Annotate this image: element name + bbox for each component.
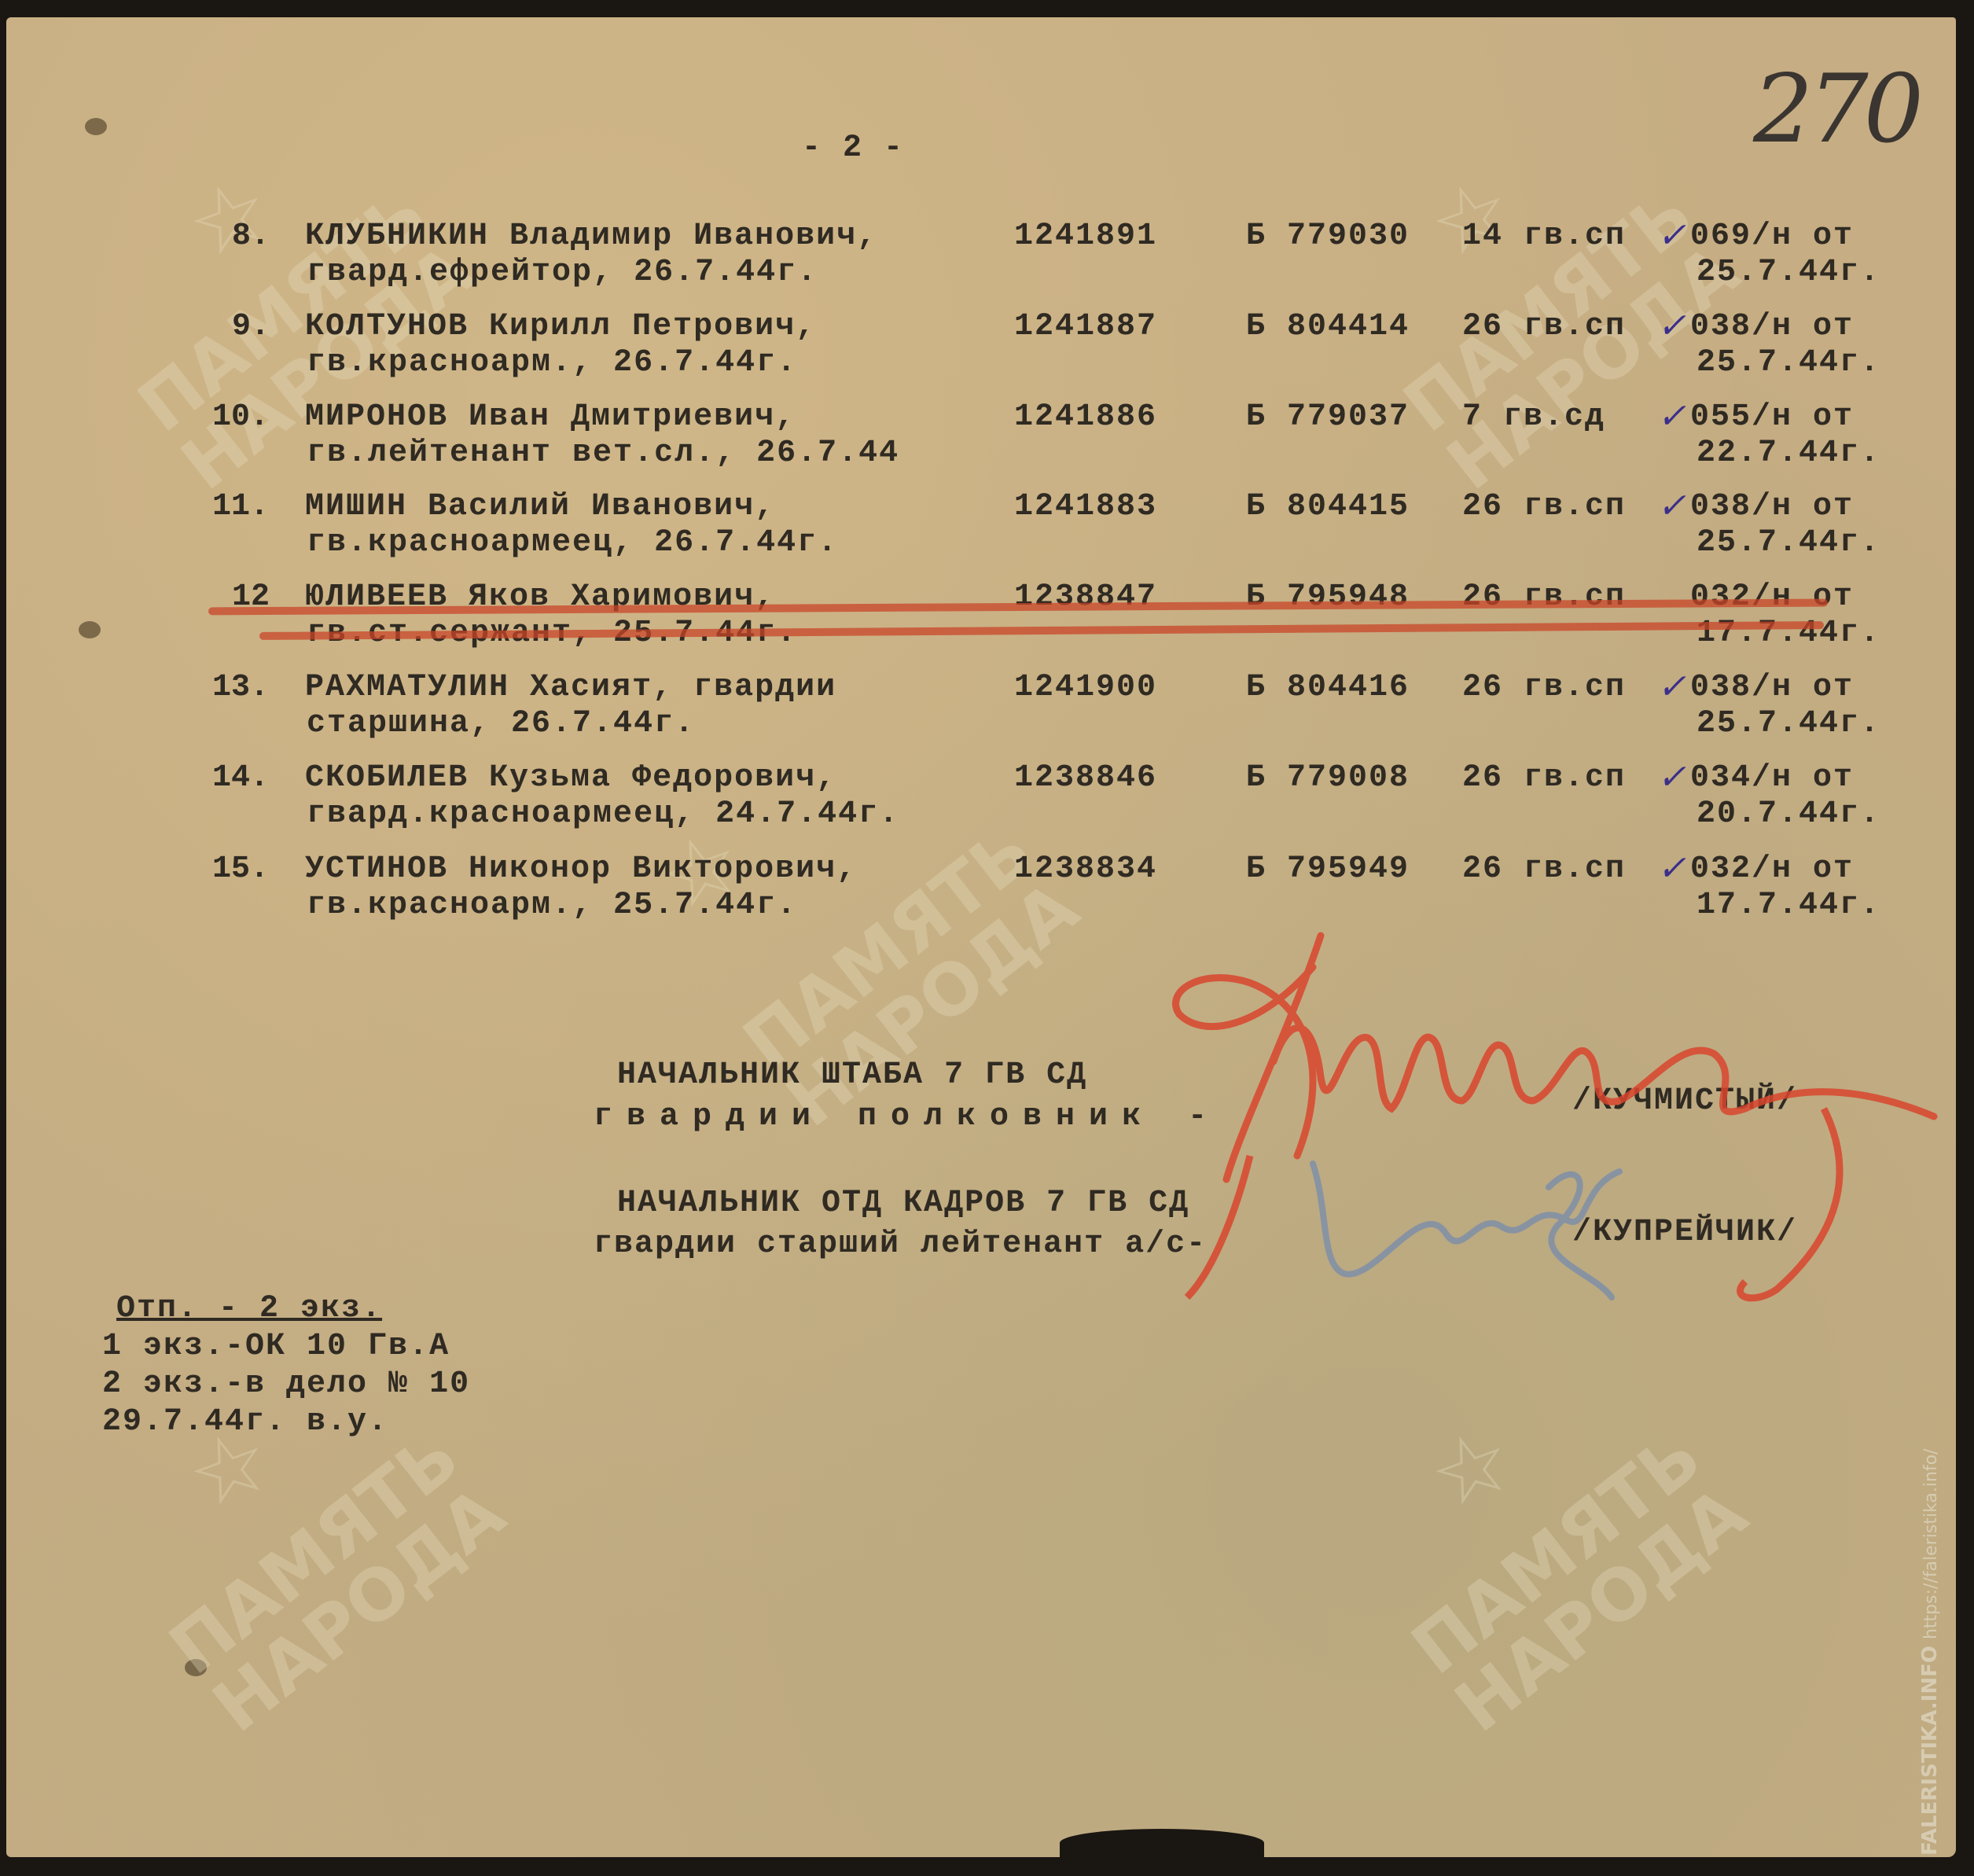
site-watermark: FALERISTIKA.INFOhttps://faleristika.info… <box>1918 1448 1942 1856</box>
handwritten-sheet-number: 270 <box>1753 55 1919 164</box>
order-date: 22.7.44г. <box>1696 436 1880 472</box>
personnel-chief-title: НАЧАЛЬНИК ОТД КАДРОВ 7 ГВ СД <box>617 1186 1189 1222</box>
order-number: 069/н от <box>1690 219 1854 255</box>
certificate-number: Б 804416 <box>1246 670 1410 706</box>
row-number: 10. <box>212 399 269 435</box>
unit: 26 гв.сп <box>1462 489 1626 525</box>
certificate-number: Б 779037 <box>1246 399 1410 436</box>
unit: 26 гв.сп <box>1462 309 1626 345</box>
person-name: СКОБИЛЕВ Кузьма Федорович, <box>305 760 836 796</box>
medal-number: 1238846 <box>1014 760 1157 796</box>
checkmark-icon: ✓ <box>1657 486 1686 526</box>
distribution-line-3: 29.7.44г. в.у. <box>102 1404 388 1440</box>
checkmark-icon: ✓ <box>1657 306 1686 346</box>
unit: 7 гв.сд <box>1462 399 1605 436</box>
person-name: КЛУБНИКИН Владимир Иванович, <box>305 219 877 255</box>
order-date: 25.7.44г. <box>1696 706 1880 742</box>
person-rank-date: старшина, 26.7.44г. <box>307 706 695 742</box>
unit: 26 гв.сп <box>1462 579 1626 616</box>
order-number: 038/н от <box>1690 309 1854 345</box>
punch-hole <box>79 621 101 638</box>
certificate-number: Б 795948 <box>1246 579 1410 616</box>
medal-number: 1241887 <box>1014 309 1157 345</box>
row-number: 9. <box>232 309 270 344</box>
page-marker: - 2 - <box>802 131 904 167</box>
order-number: 032/н от <box>1690 579 1854 616</box>
distribution-line-2: 2 экз.-в дело № 10 <box>102 1367 470 1403</box>
certificate-number: Б 804414 <box>1246 309 1410 345</box>
person-name: МИРОНОВ Иван Дмитриевич, <box>305 399 796 436</box>
person-rank-date: гв.красноармеец, 26.7.44г. <box>307 525 838 561</box>
certificate-number: Б 779030 <box>1246 219 1410 255</box>
unit: 26 гв.сп <box>1462 760 1626 796</box>
order-date: 25.7.44г. <box>1696 345 1880 381</box>
row-number: 14. <box>212 760 269 796</box>
order-date: 17.7.44г. <box>1696 888 1880 924</box>
checkmark-icon: ✓ <box>1657 848 1686 888</box>
order-number: 032/н от <box>1690 852 1854 888</box>
chief-of-staff-title: НАЧАЛЬНИК ШТАБА 7 ГВ СД <box>617 1058 1087 1094</box>
checkmark-icon: ✓ <box>1657 667 1686 707</box>
medal-number: 1241891 <box>1014 219 1157 255</box>
certificate-number: Б 795949 <box>1246 852 1410 888</box>
chief-of-staff-rank: гвардии полковник - <box>594 1099 1221 1135</box>
order-date: 25.7.44г. <box>1696 255 1880 291</box>
person-rank-date: гвард.красноармеец, 24.7.44г. <box>307 796 899 833</box>
order-date: 25.7.44г. <box>1696 525 1880 561</box>
row-number: 11. <box>212 489 269 524</box>
certificate-number: Б 804415 <box>1246 489 1410 525</box>
medal-number: 1241886 <box>1014 399 1157 436</box>
order-number: 038/н от <box>1690 670 1854 706</box>
medal-number: 1238834 <box>1014 852 1157 888</box>
order-number: 034/н от <box>1690 760 1854 796</box>
unit: 26 гв.сп <box>1462 670 1626 706</box>
medal-number: 1241883 <box>1014 489 1157 525</box>
order-number: 055/н от <box>1690 399 1854 436</box>
person-rank-date: гв.красноарм., 25.7.44г. <box>307 888 797 924</box>
person-name: МИШИН Василий Иванович, <box>305 489 775 525</box>
person-name: УСТИНОВ Никонор Викторович, <box>305 852 857 888</box>
unit: 26 гв.сп <box>1462 852 1626 888</box>
person-name: РАХМАТУЛИН Хасият, гвардии <box>305 670 836 706</box>
blue-pencil-signature <box>1297 1140 1659 1321</box>
torn-edge <box>1060 1829 1264 1857</box>
order-date: 20.7.44г. <box>1696 796 1880 833</box>
checkmark-icon: ✓ <box>1657 396 1686 436</box>
order-number: 038/н от <box>1690 489 1854 525</box>
person-name: КОЛТУНОВ Кирилл Петрович, <box>305 309 816 345</box>
certificate-number: Б 779008 <box>1246 760 1410 796</box>
distribution-line-1: 1 экз.-ОК 10 Гв.А <box>102 1329 450 1365</box>
row-number: 8. <box>232 219 270 254</box>
person-rank-date: гв.красноарм., 26.7.44г. <box>307 345 797 381</box>
medal-number: 1241900 <box>1014 670 1157 706</box>
person-rank-date: гвард.ефрейтор, 26.7.44г. <box>307 255 818 291</box>
punch-hole <box>85 118 107 135</box>
unit: 14 гв.сп <box>1462 219 1626 255</box>
distribution-header: Отп. - 2 экз. <box>116 1291 382 1327</box>
checkmark-icon: ✓ <box>1657 215 1686 256</box>
checkmark-icon: ✓ <box>1657 757 1686 797</box>
row-number: 15. <box>212 852 269 887</box>
personnel-chief-rank: гвардии старший лейтенант а/с- <box>594 1227 1207 1263</box>
person-rank-date: гв.лейтенант вет.сл., 26.7.44 <box>307 436 899 472</box>
row-number: 13. <box>212 670 269 705</box>
